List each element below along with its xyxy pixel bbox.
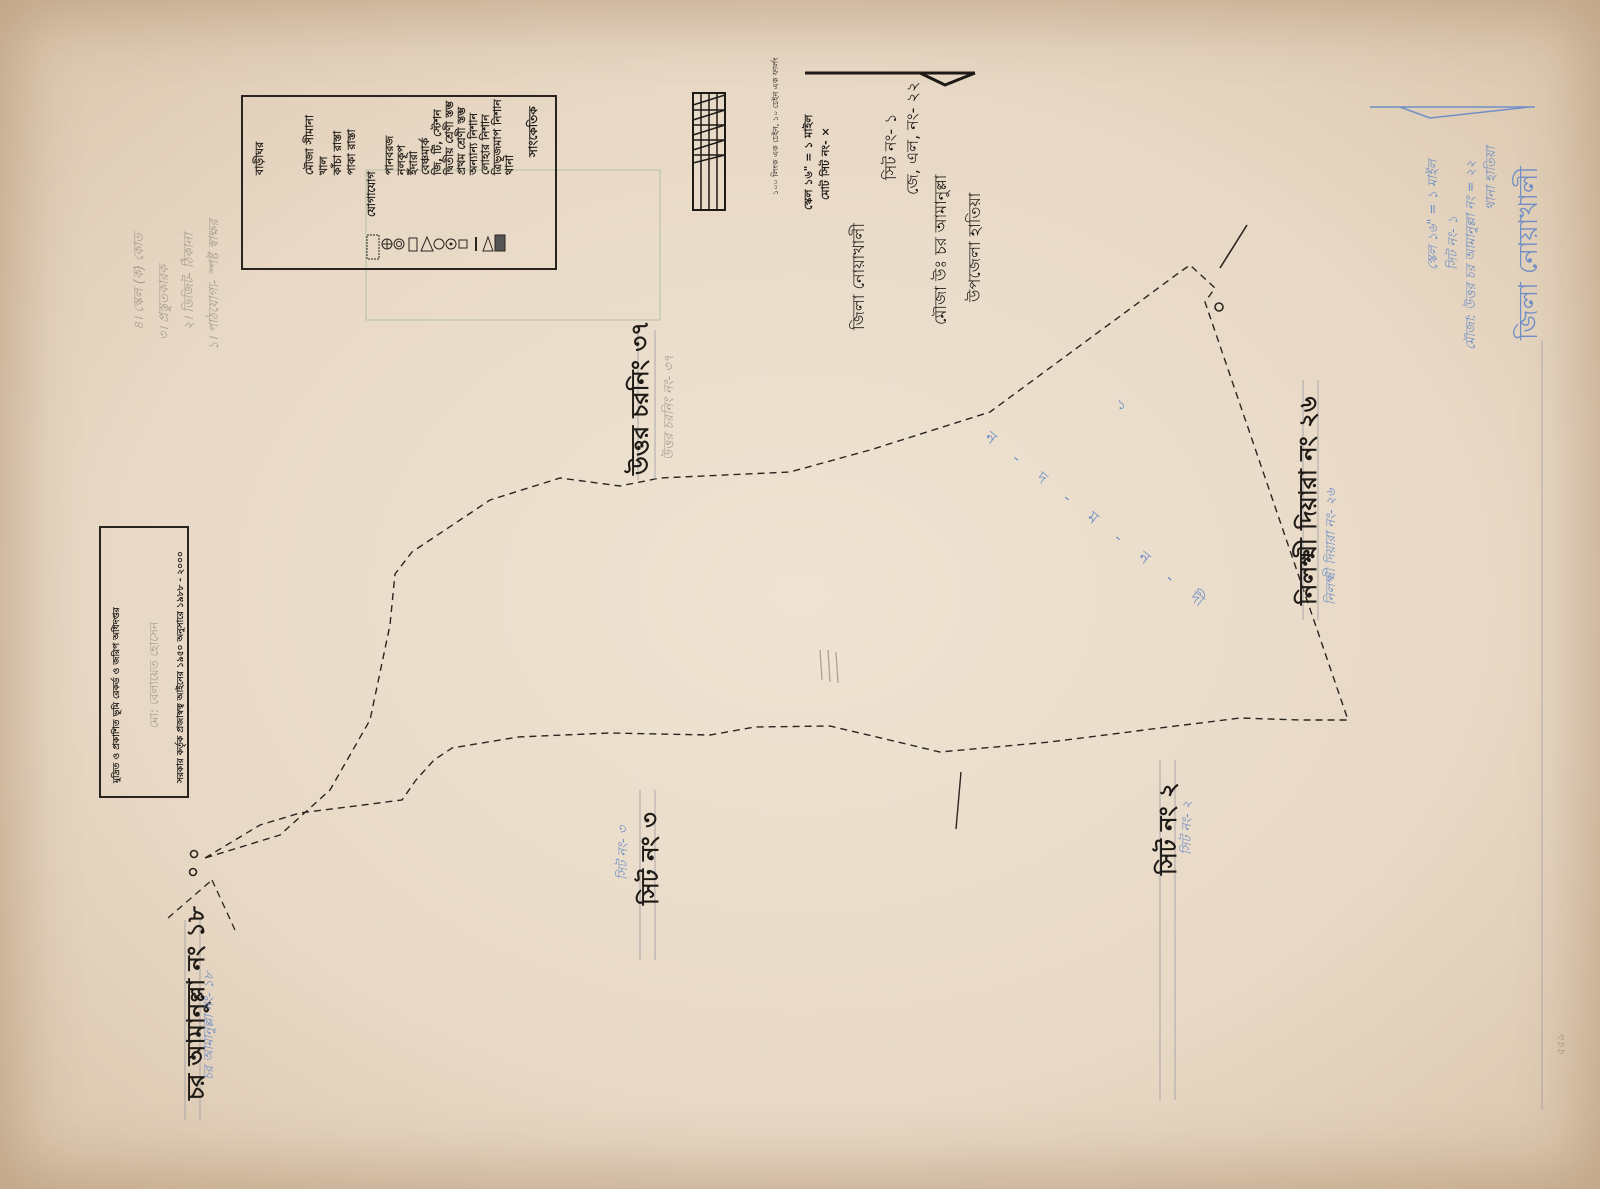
bottom-right-code: ৫৫৯ xyxy=(1552,1034,1571,1055)
adjacent-note-sheet2: সিট নং- ২ xyxy=(1178,801,1199,855)
sheet-count: মোট সিট নং- × xyxy=(817,127,836,200)
legend-item: পানবরজ xyxy=(381,136,400,175)
scale-bar xyxy=(693,93,725,210)
legend-sub-item: বাড়ীঘর xyxy=(251,142,270,175)
circle-icon xyxy=(434,239,444,249)
adjacent-note-char-amanullah: চর আমানুল্লা নং- ১৮ xyxy=(200,972,221,1080)
adjacent-note-north: উত্তর চরনিং নং- ৩৭ xyxy=(660,355,681,460)
hatched-rect-icon xyxy=(495,235,505,251)
legend-box: সাংকেতিক থানা ত্রিভূজমাপ নিশান লোহার নিশ… xyxy=(241,95,557,270)
scale-ratio: স্কেল ১৬" = ১ মাইল xyxy=(800,115,819,211)
adjacent-note-sheet3: সিট নং- ৩ xyxy=(614,826,635,880)
scale-note: ১০০ লিংক এক চেইন, ১০ চেইন এক ফার্লং xyxy=(770,57,783,195)
hand-district: জিলা নোয়াখালী xyxy=(1508,166,1552,340)
sheet-number: সিট নং- ১ xyxy=(878,113,905,180)
margin-note: ২। ডিজিট- ঠিকানা xyxy=(180,233,201,330)
hand-scale: স্কেল ১৬" = ১ মাইল xyxy=(1424,160,1445,271)
survey-marker xyxy=(1215,303,1223,311)
sheet-divider xyxy=(956,772,961,829)
adjacent-label-north: উত্তর চরনিং ৩৭ xyxy=(622,320,662,475)
legend-sub-item: মৌজা সীমানা xyxy=(301,115,320,175)
betel-garden-icon xyxy=(367,235,379,259)
legend-subtitle: যোগাযোগ xyxy=(363,171,382,217)
square-icon xyxy=(459,240,467,248)
mouza-title: মৌজা উঃ চর আমানুল্লা xyxy=(928,175,955,325)
plot-number: ১ xyxy=(1117,393,1126,417)
stamp-line1: সরকার কর্তৃক প্রজাস্বত্ব আইনের ১৯৫০ অনুস… xyxy=(173,551,188,783)
hand-thana: থানা হাতিয়া xyxy=(1482,147,1503,210)
corner-line xyxy=(1220,225,1247,268)
hand-sheet: সিট নং- ১ xyxy=(1444,216,1465,270)
margin-note: ৩। প্রস্তুতকারক xyxy=(155,265,176,340)
map-sheet: উপজেলা হাতিয়া মৌজা উঃ চর আমানুল্লা জে, … xyxy=(0,0,1600,1189)
legend-title: সাংকেতিক xyxy=(525,106,545,157)
stamp-line3: মুদ্রিত ও প্রকাশিত ভূমি রেকর্ড ও জরিপ অধ… xyxy=(109,607,124,783)
margin-note: ১। পাঠযোগ্য- স্পষ্ট স্বাক্ষর xyxy=(205,219,226,350)
triangle-icon xyxy=(483,237,493,251)
survey-marker xyxy=(191,851,198,858)
upazila-title: উপজেলা হাতিয়া xyxy=(962,193,989,302)
survey-marker xyxy=(190,869,197,876)
adjacent-label-sheet3: সিট নং ৩ xyxy=(632,812,672,905)
legend-symbols xyxy=(243,227,555,267)
mouza-boundary-dashed xyxy=(205,265,1348,858)
stamp-box: সরকার কর্তৃক প্রজাস্বত্ব আইনের ১৯৫০ অনুস… xyxy=(99,526,189,798)
benchmark-icon xyxy=(409,238,417,251)
adjacent-note-nilakshmi: নিলক্ষ্মী দিয়ারা নং- ২৬ xyxy=(1322,489,1343,605)
gt-station-icon xyxy=(421,237,433,251)
stamp-line2: মো: বেলায়েত হোসেন xyxy=(146,622,166,728)
hand-mouza: মৌজা: উত্তর চর আমানুল্লা নং = ২২ xyxy=(1462,160,1483,350)
well-icon xyxy=(394,239,404,249)
margin-note: ৪। স্কেল (ক) কোড xyxy=(130,233,151,330)
district-title: জিলা নোয়াখালী xyxy=(846,223,873,330)
